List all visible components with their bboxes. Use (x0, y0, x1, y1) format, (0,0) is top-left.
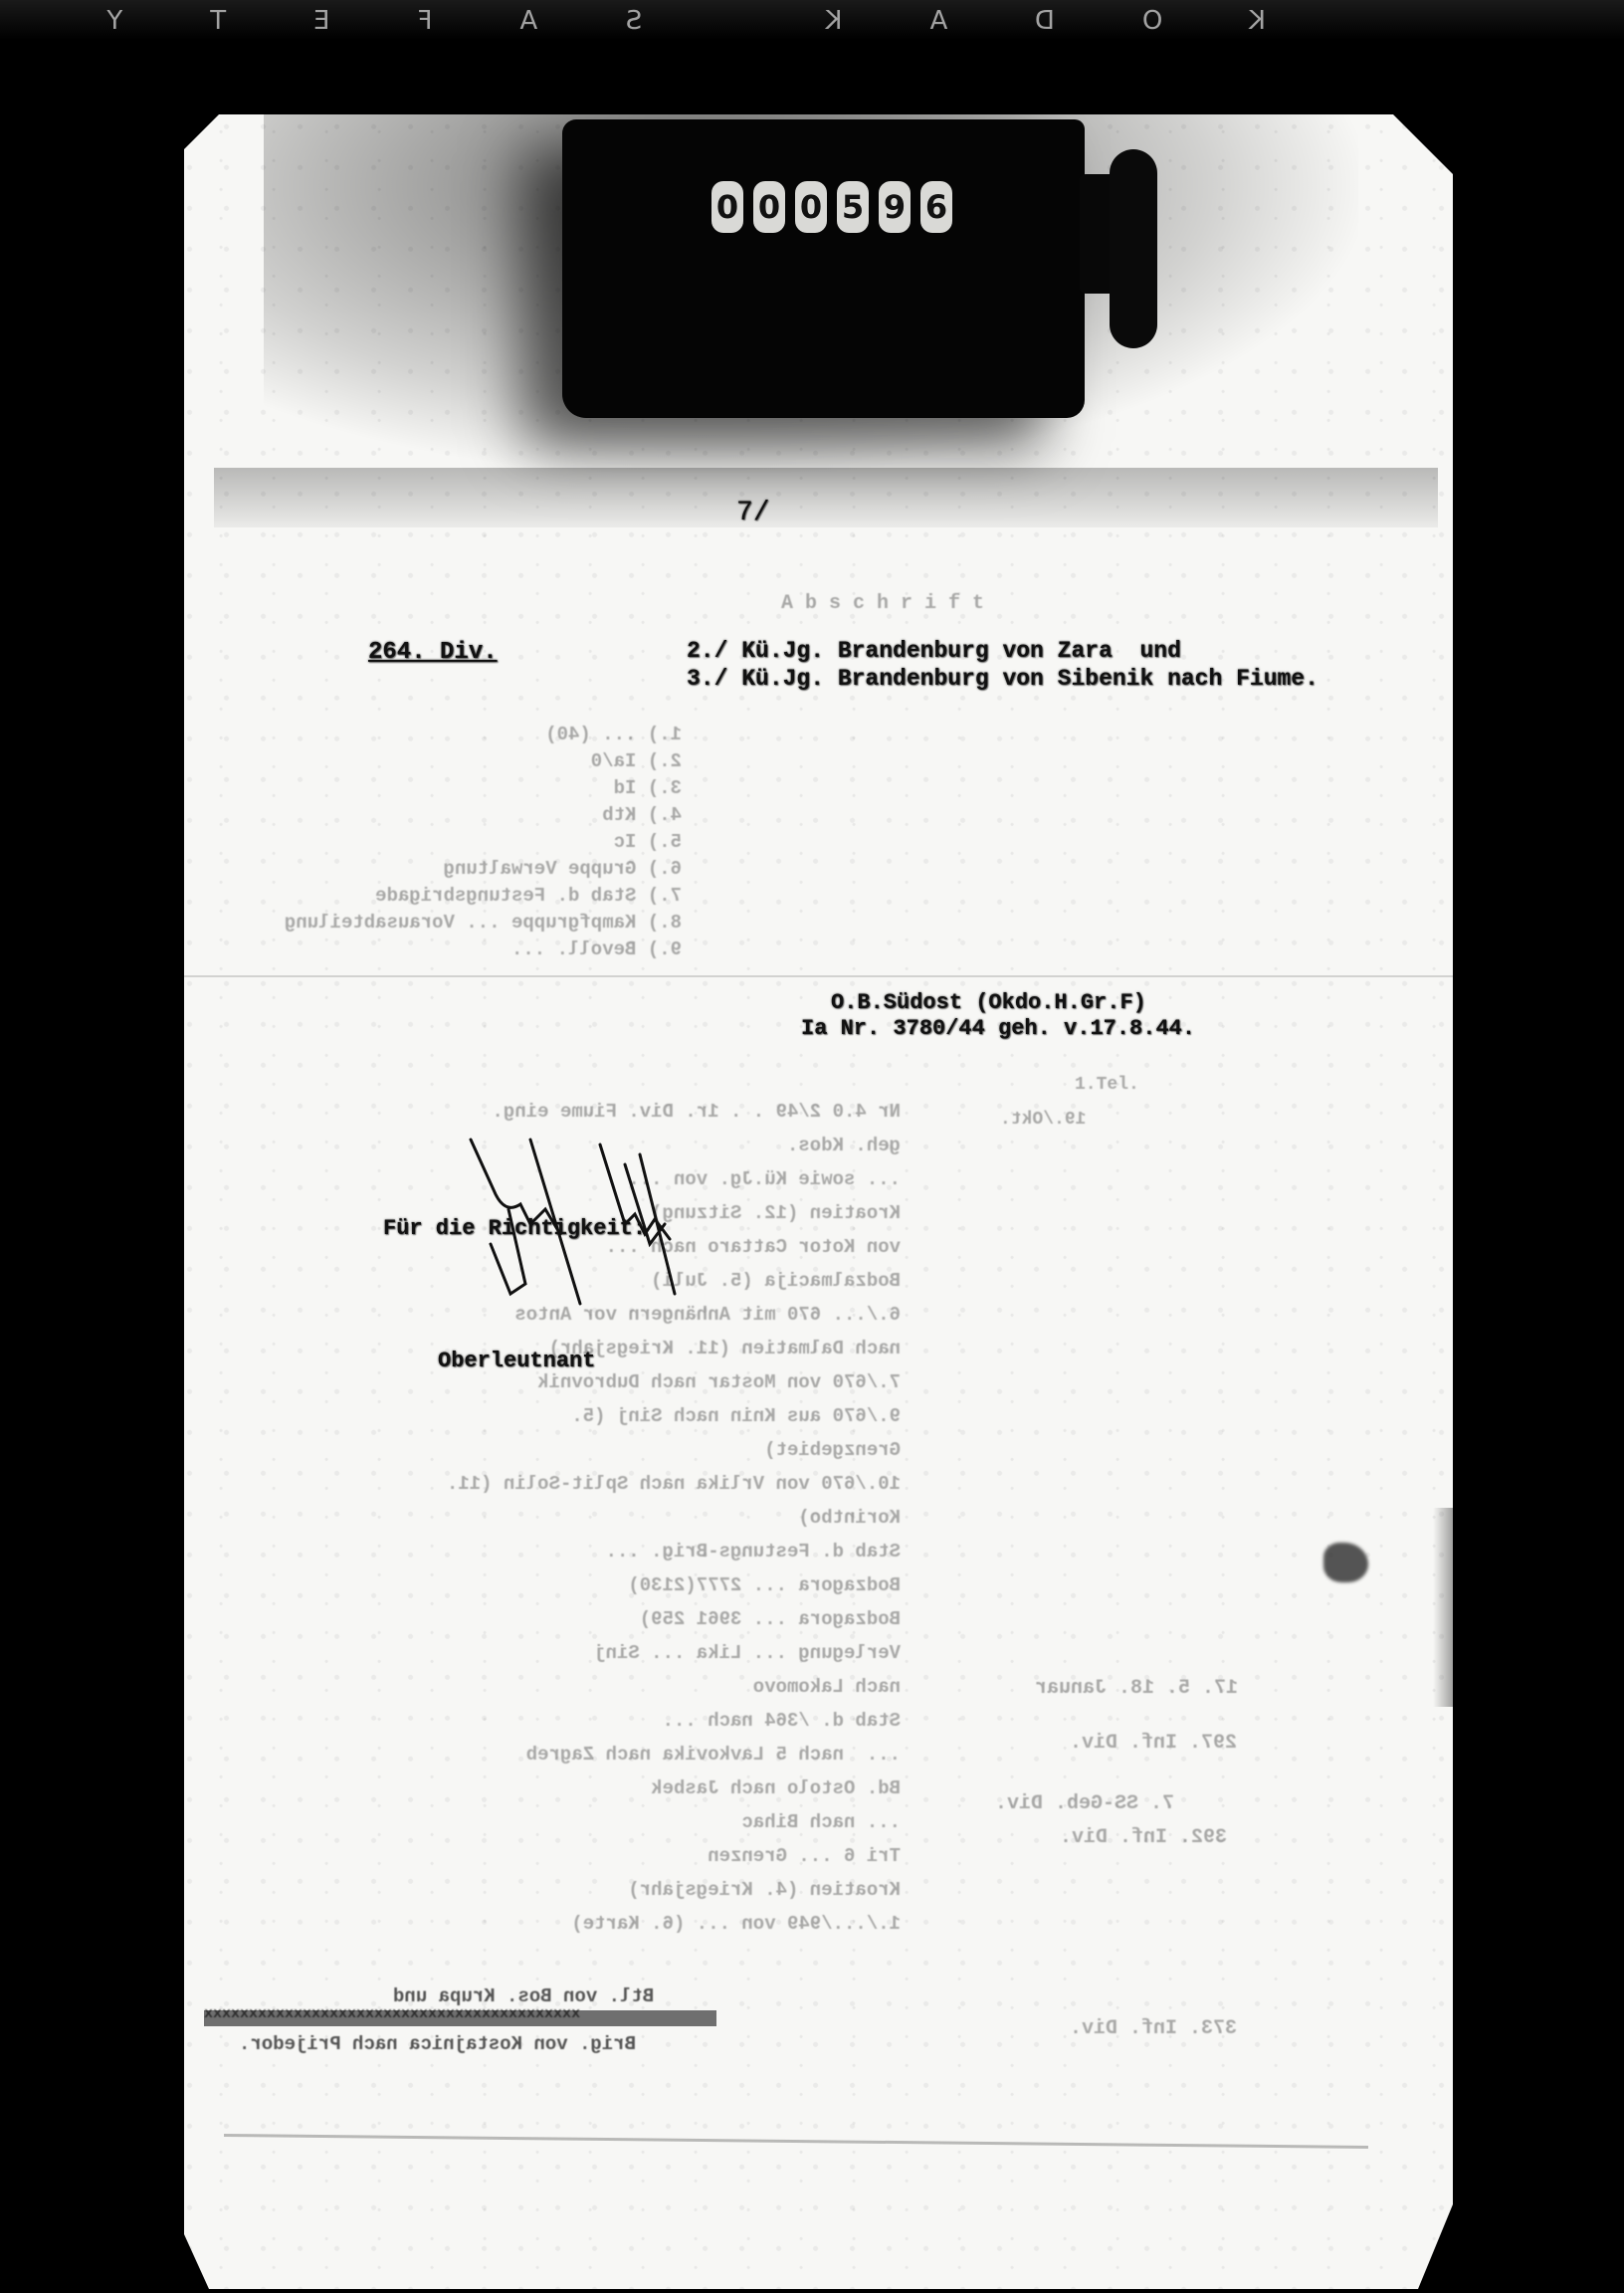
counter-knob (1110, 149, 1157, 348)
film-edge-label: KODAK SAFETY (0, 6, 1624, 36)
bleedthrough-line: Verlegung ... Lika ... Sinj (244, 1636, 901, 1670)
bleedthrough-line: Kroatien (4. Kriegsjahr) (244, 1873, 901, 1907)
struck-line: xxxxxxxxxxxxxxxxxxxxxxxxxxxxxxxxxxxxxxxx… (204, 2005, 580, 2022)
distribution-item: 6.) Gruppe Verwaltung (264, 856, 682, 883)
reference-line-2: Ia Nr. 3780/44 geh. v.17.8.44. (801, 1016, 1195, 1042)
frame-counter-digits: 0 0 0 5 9 6 (711, 181, 952, 233)
fold-line (184, 975, 1453, 977)
subject-block: 2./ Kü.Jg. Brandenburg von Zara und 3./ … (687, 637, 1319, 693)
edge-shadow (1433, 1508, 1453, 1707)
bleedthrough-line: Korintbo) (244, 1501, 901, 1535)
right-note-2: 297. Inf. Div. (1070, 1732, 1237, 1755)
counter-digit: 6 (920, 181, 952, 233)
bleedthrough-line: ... nach Bihac (244, 1805, 901, 1839)
distribution-item: 2.) Ia/0 (264, 748, 682, 775)
bleedthrough-line: Stab d. /364 nach ... (244, 1704, 901, 1738)
distribution-item: 1.) ... (40) (264, 722, 682, 748)
rank: Oberleutnant (438, 1349, 595, 1373)
right-note-5: 373. Inf. Div. (1070, 2017, 1237, 2040)
distribution-item: 5.) Ic (264, 829, 682, 856)
bleedthrough-line: Bodzagora ... 3961 259) (244, 1602, 901, 1636)
faint-heading: A b s c h r i f t (781, 592, 984, 615)
bleedthrough-line: 10./670 von Vrlika nach Split-Solin (11. (244, 1467, 901, 1501)
faint-note-2: 19./Okt. (1000, 1110, 1086, 1130)
bleedthrough-line: Nr 4.0 2/49 . . 1r. Div. Fiume eing. (244, 1095, 901, 1129)
distribution-item: 9.) Bevoll. ... (264, 937, 682, 963)
counter-digit: 5 (837, 181, 869, 233)
page-marker: 7/ (736, 498, 770, 528)
film-edge: KODAK SAFETY (0, 0, 1624, 40)
distribution-item: 8.) Kampfgruppe ... Vorausabteilung (264, 910, 682, 937)
reference-line-1: O.B.Südost (Okdo.H.Gr.F) (831, 990, 1225, 1016)
subject-line-2: 3./ Kü.Jg. Brandenburg von Sibenik nach … (687, 665, 1319, 693)
sender: 264. Div. (368, 639, 498, 666)
faint-distribution-list: 1.) ... (40)2.) Ia/03.) Id4.) Ktb5.) Ic6… (264, 722, 682, 963)
bleedthrough-line: 9./670 aus Knin nach Sinj (5. (244, 1399, 901, 1433)
distribution-item: 7.) Stab d. Festungsbrigade (264, 883, 682, 910)
bleedthrough-line: 1./.../949 von ... (6. Karte) (244, 1907, 901, 1941)
bleedthrough-line: Bodzagora ... 2777(2130) (244, 1568, 901, 1602)
bleedthrough-line: Tri 6 ... Grenzen (244, 1839, 901, 1873)
bleedthrough-line: Bd. Ostolo nach Jasbek (244, 1772, 901, 1805)
bleed-bottom-2: Brig. von Kostajnica nach Prijedor. (239, 2033, 636, 2055)
counter-digit: 0 (795, 181, 827, 233)
subject-line-1: 2./ Kü.Jg. Brandenburg von Zara und (687, 637, 1319, 665)
counter-digit: 0 (753, 181, 785, 233)
bleedthrough-line: nach Lakomovo (244, 1670, 901, 1704)
document-page: 7/ A b s c h r i f t 264. Div. 2./ Kü.Jg… (184, 114, 1453, 2289)
bottom-crease (224, 2134, 1368, 2149)
counter-digit: 0 (711, 181, 743, 233)
bleedthrough-line: Grenzgebiet) (244, 1433, 901, 1467)
bleed-bottom-1: Btl. von Bos. Krupa und (393, 1985, 654, 2007)
right-note-1: 17. 5. 18. Januar (1035, 1677, 1238, 1700)
distribution-item: 3.) Id (264, 775, 682, 802)
bleedthrough-line: Stab d. Festungs-Brig. ... (244, 1535, 901, 1568)
right-note-3: 7. SS-Geb. Div. (995, 1792, 1174, 1815)
counter-digit: 9 (879, 181, 911, 233)
paper-fold (214, 468, 1438, 527)
frame-counter: 0 0 0 5 9 6 (562, 119, 1085, 418)
reference-block: O.B.Südost (Okdo.H.Gr.F) Ia Nr. 3780/44 … (801, 990, 1195, 1042)
distribution-item: 4.) Ktb (264, 802, 682, 829)
right-note-4: 392. Inf. Div. (1060, 1826, 1227, 1849)
faint-note-1: 1.Tel. (1075, 1075, 1139, 1095)
ink-stain (1323, 1543, 1368, 1582)
handwritten-signature (451, 1135, 710, 1334)
bleedthrough-line: ... nach 5 Lavkovika nach Zagreb (244, 1738, 901, 1772)
